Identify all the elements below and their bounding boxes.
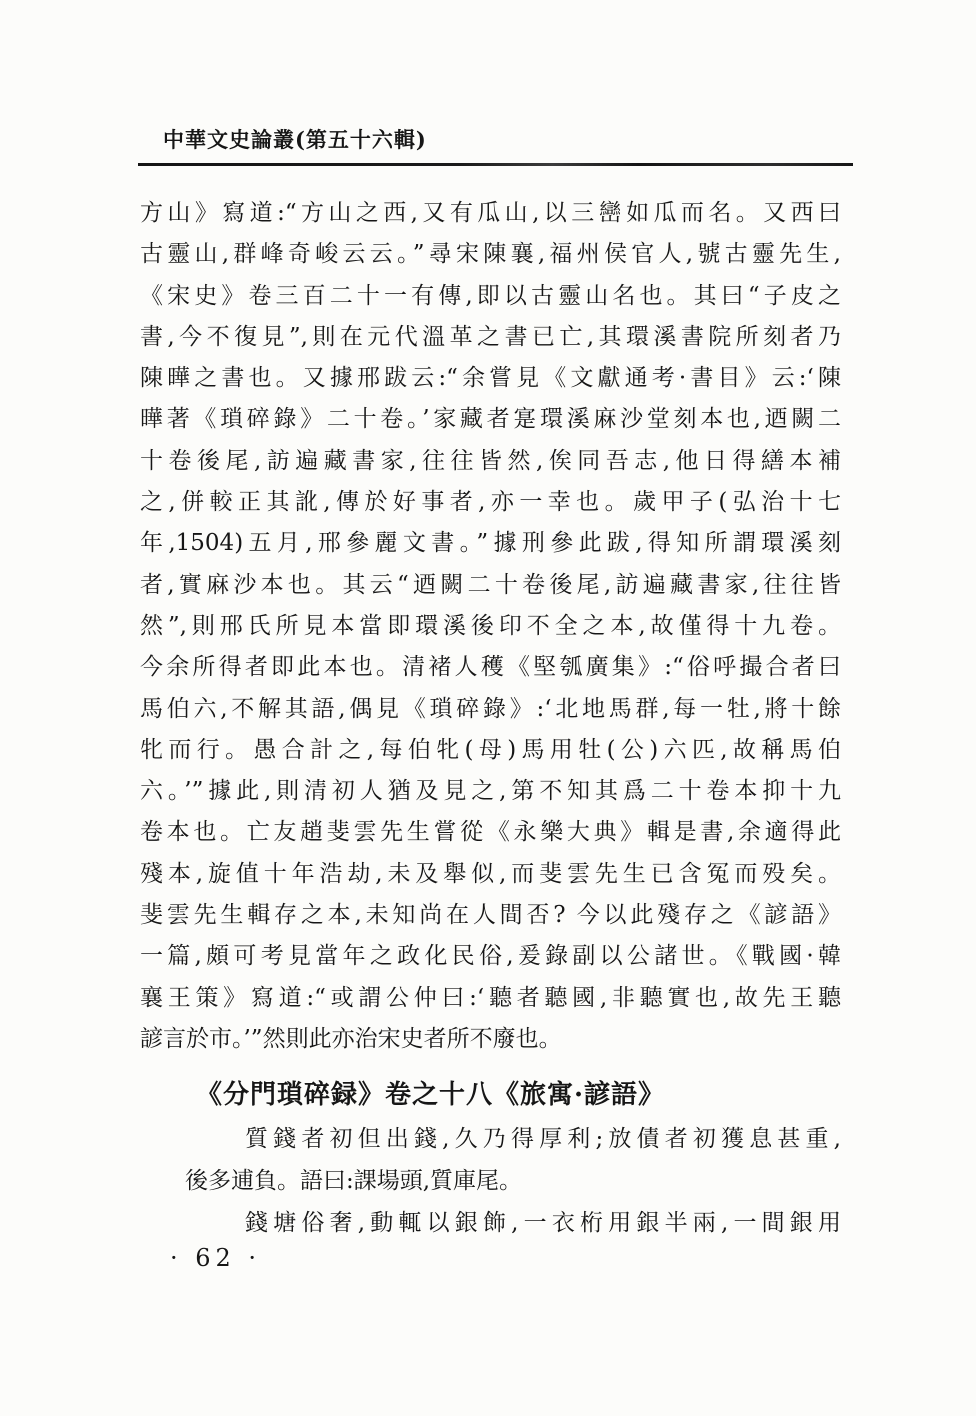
body-line: 十卷後尾,訪遍藏書家,往往皆然,俟同吾志,他日得繕本補 xyxy=(140,441,841,482)
quote-paragraph: 質錢者初但出錢,久乃得厚利;放債者初獲息甚重,後多逋負。語曰:課場頭,質庫尾。 xyxy=(185,1118,841,1202)
section-heading: 《分門瑣碎録》卷之十八《旅寓·諺語》 xyxy=(196,1074,665,1111)
body-line: 六。’”據此,則清初人猶及見之,第不知其爲二十卷本抑十九 xyxy=(140,771,841,812)
body-line: 曄著《瑣碎錄》二十卷。’家藏者寔環溪麻沙堂刻本也,迺闕二 xyxy=(140,399,841,440)
body-line: 殘本,旋值十年浩劫,未及舉似,而斐雲先生已含冤而殁矣。 xyxy=(140,854,841,895)
body-line: 年,1504)五月,邢參麗文書。”據刑參此跋,得知所謂環溪刻 xyxy=(140,523,841,564)
body-line: 襄王策》寫道:“或謂公仲曰:‘聽者聽國,非聽實也,故先王聽 xyxy=(140,978,841,1019)
body-line: 書,今不復見”,則在元代溫革之書已亡,其環溪書院所刻者乃 xyxy=(140,317,841,358)
quote-line: 質錢者初但出錢,久乃得厚利;放債者初獲息甚重, xyxy=(185,1118,841,1160)
body-line: 方山》寫道:“方山之西,又有瓜山,以三巒如瓜而名。又西曰 xyxy=(140,193,841,234)
body-line: 者,實麻沙本也。其云“迺闕二十卷後尾,訪遍藏書家,往往皆 xyxy=(140,565,841,606)
header-divider-rule xyxy=(138,163,853,166)
scanned-page: 中華文史論叢(第五十六輯) 方山》寫道:“方山之西,又有瓜山,以三巒如瓜而名。又… xyxy=(0,0,976,1416)
quote-line: 錢塘俗奢,動輒以銀飾,一衣桁用銀半兩,一間銀用 xyxy=(185,1202,841,1244)
body-line: 然”,則邢氏所見本當即環溪後印不全之本,故僅得十九卷。 xyxy=(140,606,841,647)
body-line: 牝而行。愚合計之,每伯牝(母)馬用牡(公)六匹,故稱馬伯 xyxy=(140,730,841,771)
body-line: 斐雲先生輯存之本,未知尚在人間否? 今以此殘存之《諺語》 xyxy=(140,895,841,936)
quote-block: 質錢者初但出錢,久乃得厚利;放債者初獲息甚重,後多逋負。語曰:課場頭,質庫尾。錢… xyxy=(185,1118,841,1244)
journal-header-title: 中華文史論叢(第五十六輯) xyxy=(163,124,427,154)
quote-line: 後多逋負。語曰:課場頭,質庫尾。 xyxy=(185,1160,841,1202)
body-line: 《宋史》卷三百二十一有傳,即以古靈山名也。其曰“子皮之 xyxy=(140,276,841,317)
body-line: 今余所得者即此本也。清褚人穫《堅瓠廣集》:“俗呼撮合者曰 xyxy=(140,647,841,688)
page-number: · 62 · xyxy=(170,1244,261,1272)
body-line: 諺言於市。’”然則此亦治宋史者所不廢也。 xyxy=(140,1019,841,1060)
body-line: 陳曄之書也。又據邢跋云:“余嘗見《文獻通考·書目》云:‘陳 xyxy=(140,358,841,399)
quote-paragraph: 錢塘俗奢,動輒以銀飾,一衣桁用銀半兩,一間銀用 xyxy=(185,1202,841,1244)
body-line: 古靈山,群峰奇峻云云。”尋宋陳襄,福州侯官人,號古靈先生, xyxy=(140,234,841,275)
body-line: 馬伯六,不解其語,偶見《瑣碎錄》:‘北地馬群,每一牡,將十餘 xyxy=(140,689,841,730)
body-line: 一篇,頗可考見當年之政化民俗,爰錄副以公諸世。《戰國·韓 xyxy=(140,936,841,977)
body-line: 卷本也。亡友趙斐雲先生嘗從《永樂大典》輯是書,余適得此 xyxy=(140,812,841,853)
body-line: 之,併較正其訛,傳於好事者,亦一幸也。歲甲子(弘治十七 xyxy=(140,482,841,523)
body-text: 方山》寫道:“方山之西,又有瓜山,以三巒如瓜而名。又西曰古靈山,群峰奇峻云云。”… xyxy=(140,193,841,1060)
